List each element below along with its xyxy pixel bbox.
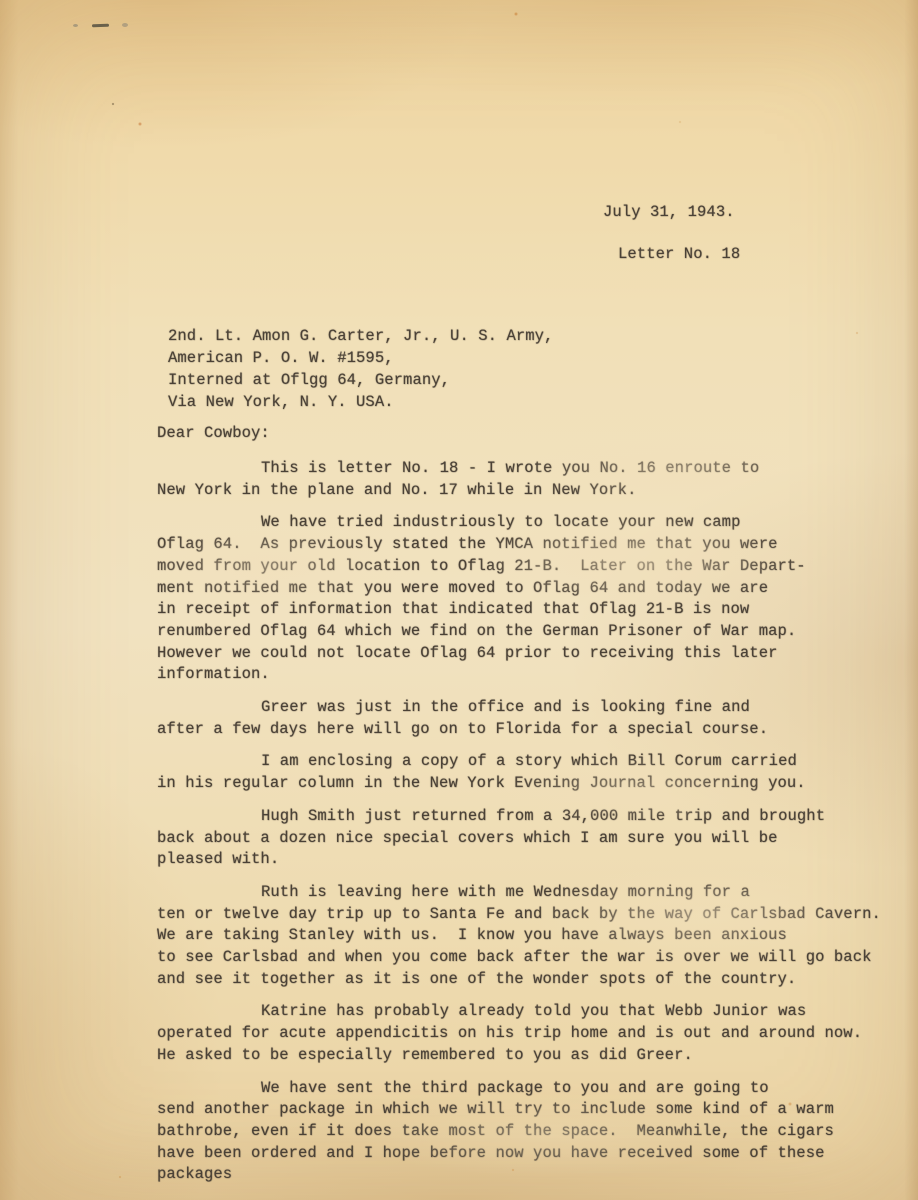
letter-line: We have tried industriously to locate yo…	[157, 512, 881, 534]
salutation: Dear Cowboy:	[157, 424, 270, 442]
letter-line: and see it together as it is one of the …	[157, 969, 881, 991]
letter-line: to see Carlsbad and when you come back a…	[157, 947, 881, 969]
paragraph: Hugh Smith just returned from a 34,000 m…	[157, 806, 881, 871]
letter-line: pleased with.	[157, 849, 881, 871]
letter-date: July 31, 1943.	[603, 203, 735, 221]
address-line: Via New York, N. Y. USA.	[168, 391, 553, 413]
letter-line: ment notified me that you were moved to …	[157, 578, 881, 600]
paper-speck	[122, 23, 128, 27]
letter-line: We are taking Stanley with us. I know yo…	[157, 925, 881, 947]
address-line: American P. O. W. #1595,	[168, 347, 553, 369]
recipient-address: 2nd. Lt. Amon G. Carter, Jr., U. S. Army…	[168, 325, 553, 413]
letter-line: He asked to be especially remembered to …	[157, 1045, 881, 1067]
letter-body: This is letter No. 18 - I wrote you No. …	[157, 458, 881, 1197]
letter-line: Oflag 64. As previously stated the YMCA …	[157, 534, 881, 556]
letter-line: packages	[157, 1164, 881, 1186]
letter-line: However we could not locate Oflag 64 pri…	[157, 643, 881, 665]
letter-line: This is letter No. 18 - I wrote you No. …	[157, 458, 881, 480]
letter-line: Greer was just in the office and is look…	[157, 697, 881, 719]
paragraph: We have sent the third package to you an…	[157, 1078, 881, 1187]
letter-line: We have sent the third package to you an…	[157, 1078, 881, 1100]
letter-line: Hugh Smith just returned from a 34,000 m…	[157, 806, 881, 828]
letter-line: in his regular column in the New York Ev…	[157, 773, 881, 795]
letter-line: bathrobe, even if it does take most of t…	[157, 1121, 881, 1143]
address-line: Interned at Oflgg 64, Germany,	[168, 369, 553, 391]
address-line: 2nd. Lt. Amon G. Carter, Jr., U. S. Army…	[168, 325, 553, 347]
letter-line: renumbered Oflag 64 which we find on the…	[157, 621, 881, 643]
letter-number: Letter No. 18	[618, 245, 740, 263]
pencil-dash-mark	[92, 24, 109, 28]
letter-line: after a few days here will go on to Flor…	[157, 719, 881, 741]
letter-line: Ruth is leaving here with me Wednesday m…	[157, 882, 881, 904]
letter-line: have been ordered and I hope before now …	[157, 1143, 881, 1165]
letter-line: in receipt of information that indicated…	[157, 599, 881, 621]
letter-line: back about a dozen nice special covers w…	[157, 828, 881, 850]
paragraph: Greer was just in the office and is look…	[157, 697, 881, 740]
letter-line: ten or twelve day trip up to Santa Fe an…	[157, 904, 881, 926]
letter-line: send another package in which we will tr…	[157, 1099, 881, 1121]
letter-line: Katrine has probably already told you th…	[157, 1001, 881, 1023]
paragraph: Katrine has probably already told you th…	[157, 1001, 881, 1066]
letter-page: July 31, 1943. Letter No. 18 2nd. Lt. Am…	[0, 0, 918, 1200]
letter-line: moved from your old location to Oflag 21…	[157, 556, 881, 578]
paper-speck	[73, 24, 78, 27]
paragraph: I am enclosing a copy of a story which B…	[157, 751, 881, 794]
letter-line: operated for acute appendicitis on his t…	[157, 1023, 881, 1045]
paragraph: Ruth is leaving here with me Wednesday m…	[157, 882, 881, 991]
paragraph: We have tried industriously to locate yo…	[157, 512, 881, 686]
paragraph: This is letter No. 18 - I wrote you No. …	[157, 458, 881, 501]
letter-line: information.	[157, 664, 881, 686]
letter-line: I am enclosing a copy of a story which B…	[157, 751, 881, 773]
letter-line: New York in the plane and No. 17 while i…	[157, 480, 881, 502]
